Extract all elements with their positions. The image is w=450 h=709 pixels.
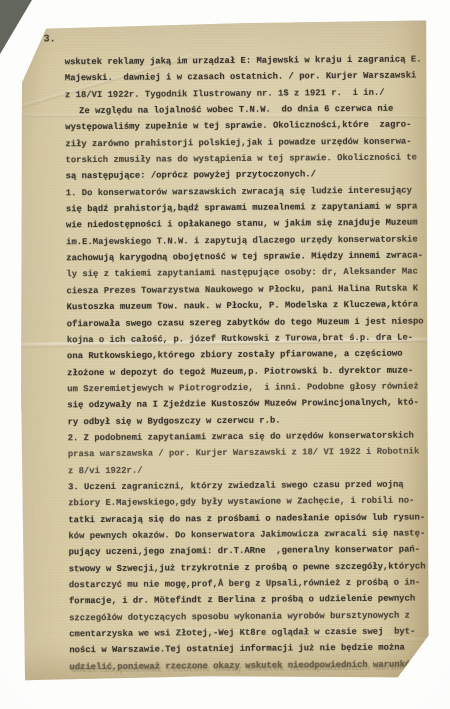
text-line: ciesza Prezes Towarzystwa Naukowego w Pł… xyxy=(66,280,425,299)
text-line: kojna o ich całość, p. józef Rutkowski z… xyxy=(67,329,426,348)
scanned-document-photo: 3. wskutek reklamy jaką im urządzał E: M… xyxy=(0,0,450,709)
text-line: cmentarzyska we wsi Złotej,-Wej Kt8re og… xyxy=(69,623,428,642)
text-line: zbiory E.Majewskiego,gdy były wystawione… xyxy=(68,493,427,512)
text-line: im.E.Majewskiego T.N.W. i zapytują dlacz… xyxy=(66,231,425,250)
text-line: dostarczyć mu nie mogę,prof,Å berg z Ups… xyxy=(69,574,428,593)
document-page: 3. wskutek reklamy jaką im urządzał E: M… xyxy=(17,20,432,681)
page-number: 3. xyxy=(44,34,56,45)
text-line: udzielić,ponieważ rzeczone okazy wskutek… xyxy=(69,656,428,675)
text-line: z 18/VI 1922r. Tygodnik Ilustrowany nr. … xyxy=(65,84,424,103)
text-line: torskich zmusiły nas do wystąpienia w te… xyxy=(65,149,424,168)
text-line: się odzywały na I Zjeździe Kustoszów Muz… xyxy=(67,395,426,414)
text-line: 1. Do konserwatorów warszawskich zwracaj… xyxy=(66,182,425,201)
text-line: ków pewnych okazów. Do konserwatora Jaki… xyxy=(68,525,427,544)
scanner-bed-corner xyxy=(0,0,32,54)
typewritten-text-block: wskutek reklamy jaką im urządzał E: Maje… xyxy=(65,51,429,675)
text-line: um Szeremietjewych w Piotrogrodzie, i in… xyxy=(67,378,426,397)
